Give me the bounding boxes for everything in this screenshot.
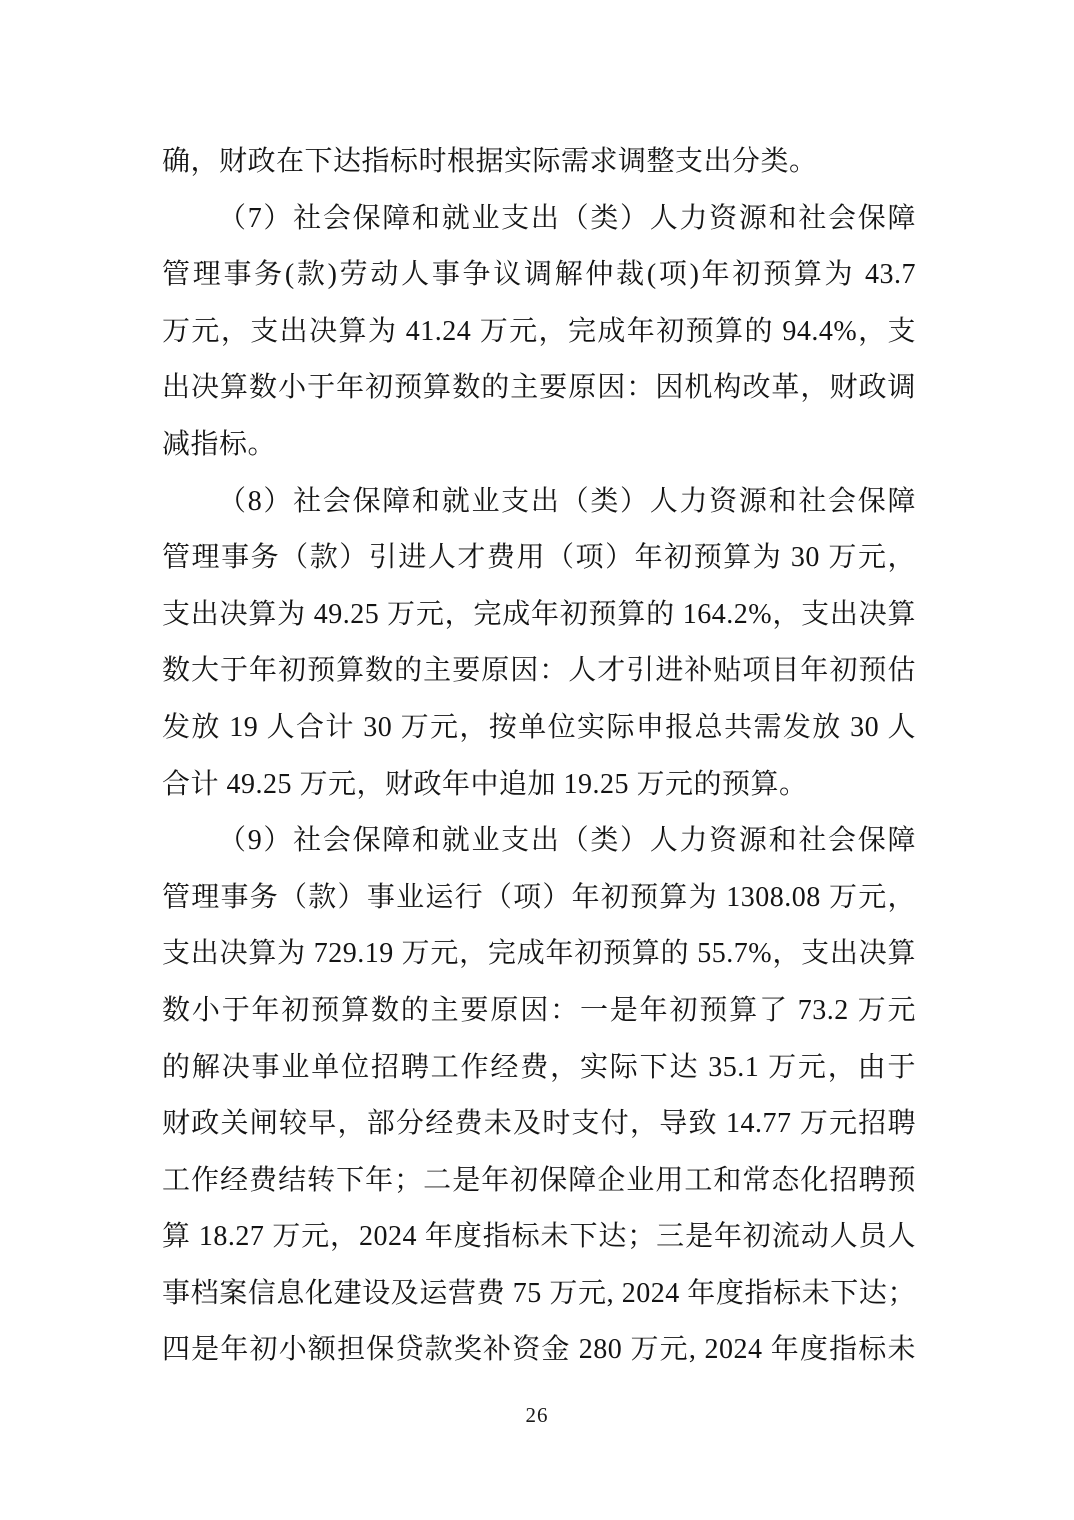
document-body: 确，财政在下达指标时根据实际需求调整支出分类。（7）社会保障和就业支出（类）人力… [162,134,916,1379]
text-line: 合计 49.25 万元，财政年中追加 19.25 万元的预算。 [162,757,916,814]
text-line: 数大于年初预算数的主要原因：人才引进补贴项目年初预估 [162,643,916,700]
text-line: 万元，支出决算为 41.24 万元，完成年初预算的 94.4%，支 [162,304,916,361]
text-line: 事档案信息化建设及运营费 75 万元, 2024 年度指标未下达； [162,1266,916,1323]
paragraph-item-9: （9）社会保障和就业支出（类）人力资源和社会保障管理事务（款）事业运行（项）年初… [162,813,916,1379]
page-footer: 26 [0,1403,1074,1428]
text-line: 数小于年初预算数的主要原因：一是年初预算了 73.2 万元 [162,983,916,1040]
text-line: 减指标。 [162,417,916,474]
paragraph-continuation: 确，财政在下达指标时根据实际需求调整支出分类。 [162,134,916,191]
text-line: 管理事务（款）事业运行（项）年初预算为 1308.08 万元， [162,870,916,927]
text-line: 的解决事业单位招聘工作经费，实际下达 35.1 万元，由于 [162,1040,916,1097]
text-line: （8）社会保障和就业支出（类）人力资源和社会保障 [162,474,916,531]
text-line: 管理事务(款)劳动人事争议调解仲裁(项)年初预算为 43.7 [162,247,916,304]
page-number: 26 [526,1403,549,1427]
document-page: 确，财政在下达指标时根据实际需求调整支出分类。（7）社会保障和就业支出（类）人力… [0,0,1074,1520]
text-line: 财政关闸较早，部分经费未及时支付，导致 14.77 万元招聘 [162,1096,916,1153]
paragraph-item-7: （7）社会保障和就业支出（类）人力资源和社会保障管理事务(款)劳动人事争议调解仲… [162,191,916,474]
text-line: （7）社会保障和就业支出（类）人力资源和社会保障 [162,191,916,248]
text-line: （9）社会保障和就业支出（类）人力资源和社会保障 [162,813,916,870]
text-line: 算 18.27 万元，2024 年度指标未下达；三是年初流动人员人 [162,1209,916,1266]
text-line: 出决算数小于年初预算数的主要原因：因机构改革，财政调 [162,360,916,417]
text-line: 发放 19 人合计 30 万元，按单位实际申报总共需发放 30 人 [162,700,916,757]
text-line: 确，财政在下达指标时根据实际需求调整支出分类。 [162,134,916,191]
text-line: 四是年初小额担保贷款奖补资金 280 万元, 2024 年度指标未 [162,1322,916,1379]
text-line: 管理事务（款）引进人才费用（项）年初预算为 30 万元， [162,530,916,587]
paragraph-item-8: （8）社会保障和就业支出（类）人力资源和社会保障管理事务（款）引进人才费用（项）… [162,474,916,814]
text-line: 工作经费结转下年；二是年初保障企业用工和常态化招聘预 [162,1153,916,1210]
text-line: 支出决算为 49.25 万元，完成年初预算的 164.2%，支出决算 [162,587,916,644]
text-line: 支出决算为 729.19 万元，完成年初预算的 55.7%，支出决算 [162,926,916,983]
